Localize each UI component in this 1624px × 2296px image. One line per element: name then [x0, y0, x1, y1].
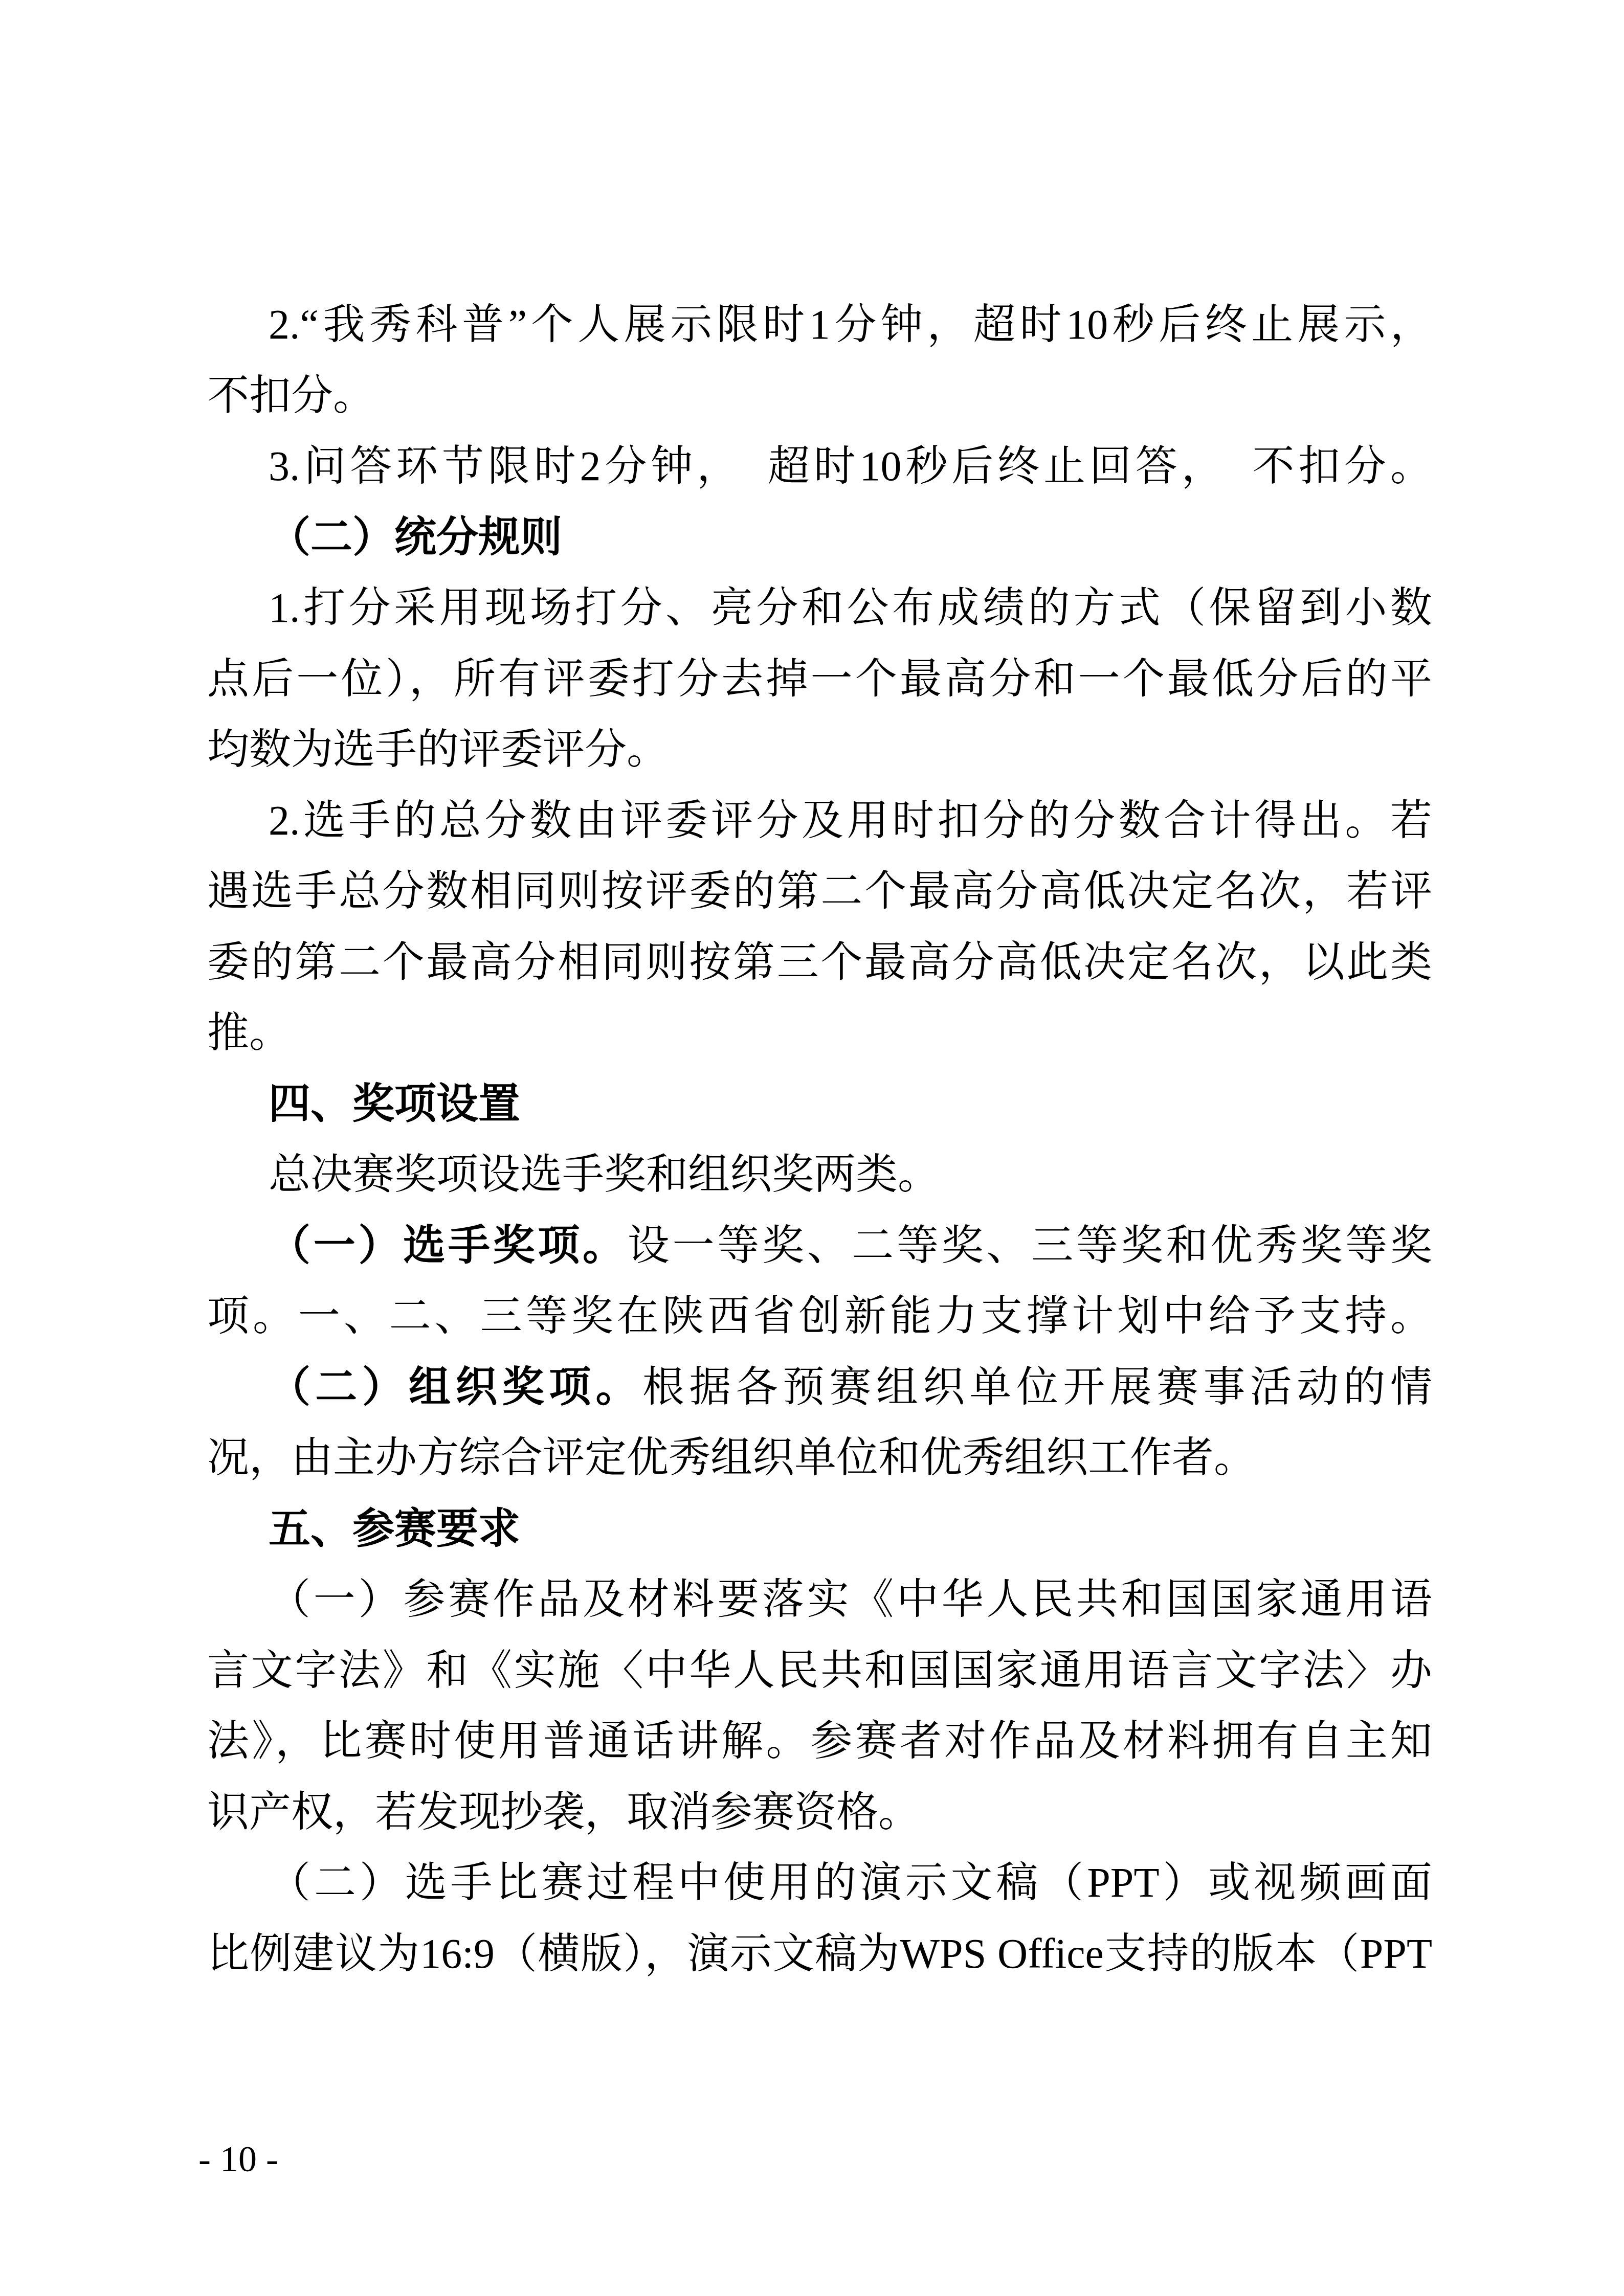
text-line: 点后一位），所有评委打分去掉一个最高分和一个最低分后的平	[207, 644, 1432, 715]
text-line: 推。	[207, 998, 1432, 1069]
body-text: 况，由主办方综合评定优秀组织单位和优秀组织工作者。	[207, 1434, 1256, 1481]
text-line: 2.“我秀科普”个人展示限时1分钟，超时10秒后终止展示，	[207, 289, 1432, 361]
text-line: 项。一、二、三等奖在陕西省创新能力支撑计划中给予支持。	[207, 1281, 1432, 1352]
document-page: 2.“我秀科普”个人展示限时1分钟，超时10秒后终止展示，不扣分。3.问答环节限…	[0, 0, 1624, 2296]
body-text: 2.“我秀科普”个人展示限时1分钟，超时10秒后终止展示，	[269, 301, 1432, 348]
body-text: 设一等奖、二等奖、三等奖和优秀奖等奖	[628, 1222, 1432, 1269]
body-text: （二）选手比赛过程中使用的演示文稿（PPT）或视频画面	[269, 1859, 1432, 1906]
text-line: （二）统分规则	[207, 502, 1432, 573]
body-text: 识产权，若发现抄袭，取消参赛资格。	[207, 1789, 920, 1835]
body-text: 不扣分。	[207, 372, 375, 419]
bold-label-text: （一）选手奖项。	[269, 1222, 628, 1269]
body-text: （一）参赛作品及材料要落实《中华人民共和国国家通用语	[269, 1576, 1432, 1623]
text-line: 不扣分。	[207, 361, 1432, 432]
text-line: 遇选手总分数相同则按评委的第二个最高分高低决定名次，若评	[207, 856, 1432, 927]
document-body: 2.“我秀科普”个人展示限时1分钟，超时10秒后终止展示，不扣分。3.问答环节限…	[207, 289, 1432, 1989]
body-text: 遇选手总分数相同则按评委的第二个最高分高低决定名次，若评	[207, 868, 1432, 914]
text-line: （二）组织奖项。根据各预赛组织单位开展赛事活动的情	[207, 1352, 1432, 1423]
body-text: 1.打分采用现场打分、亮分和公布成绩的方式（保留到小数	[269, 584, 1432, 631]
text-line: （一）选手奖项。设一等奖、二等奖、三等奖和优秀奖等奖	[207, 1210, 1432, 1281]
body-text: 委的第二个最高分相同则按第三个最高分高低决定名次，以此类	[207, 939, 1432, 985]
section-heading-text: 四、奖项设置	[269, 1081, 520, 1127]
text-line: 四、奖项设置	[207, 1069, 1432, 1140]
body-text: 均数为选手的评委评分。	[207, 726, 669, 773]
text-line: 均数为选手的评委评分。	[207, 714, 1432, 785]
body-text: 法》，比赛时使用普通话讲解。参赛者对作品及材料拥有自主知	[207, 1718, 1432, 1764]
text-line: 总决赛奖项设选手奖和组织奖两类。	[207, 1139, 1432, 1210]
body-text: 项。一、二、三等奖在陕西省创新能力支撑计划中给予支持。	[207, 1293, 1432, 1339]
body-text: 言文字法》和《实施〈中华人民共和国国家通用语言文字法〉办	[207, 1647, 1432, 1694]
section-heading-text: 五、参赛要求	[269, 1505, 520, 1552]
bold-label-text: （二）统分规则	[269, 514, 562, 560]
body-text: 2.选手的总分数由评委评分及用时扣分的分数合计得出。若	[269, 797, 1432, 844]
text-line: 1.打分采用现场打分、亮分和公布成绩的方式（保留到小数	[207, 573, 1432, 644]
text-line: 言文字法》和《实施〈中华人民共和国国家通用语言文字法〉办	[207, 1635, 1432, 1706]
text-line: 识产权，若发现抄袭，取消参赛资格。	[207, 1777, 1432, 1848]
text-line: 委的第二个最高分相同则按第三个最高分高低决定名次，以此类	[207, 927, 1432, 998]
page-number: - 10 -	[198, 2133, 278, 2185]
text-line: （二）选手比赛过程中使用的演示文稿（PPT）或视频画面	[207, 1848, 1432, 1919]
body-text: 比例建议为16:9（横版），演示文稿为WPS Office支持的版本（PPT	[207, 1930, 1432, 1977]
body-text: 根据各预赛组织单位开展赛事活动的情	[642, 1364, 1432, 1410]
text-line: 比例建议为16:9（横版），演示文稿为WPS Office支持的版本（PPT	[207, 1919, 1432, 1990]
body-text: 点后一位），所有评委打分去掉一个最高分和一个最低分后的平	[207, 656, 1432, 702]
text-line: （一）参赛作品及材料要落实《中华人民共和国国家通用语	[207, 1564, 1432, 1635]
text-line: 法》，比赛时使用普通话讲解。参赛者对作品及材料拥有自主知	[207, 1706, 1432, 1777]
bold-label-text: （二）组织奖项。	[269, 1364, 642, 1410]
text-line: 2.选手的总分数由评委评分及用时扣分的分数合计得出。若	[207, 785, 1432, 857]
text-line: 五、参赛要求	[207, 1494, 1432, 1565]
text-line: 况，由主办方综合评定优秀组织单位和优秀组织工作者。	[207, 1423, 1432, 1494]
text-line: 3.问答环节限时2分钟， 超时10秒后终止回答， 不扣分。	[207, 431, 1432, 502]
body-text: 3.问答环节限时2分钟， 超时10秒后终止回答， 不扣分。	[269, 443, 1432, 489]
body-text: 总决赛奖项设选手奖和组织奖两类。	[269, 1151, 940, 1198]
body-text: 推。	[207, 1009, 291, 1056]
